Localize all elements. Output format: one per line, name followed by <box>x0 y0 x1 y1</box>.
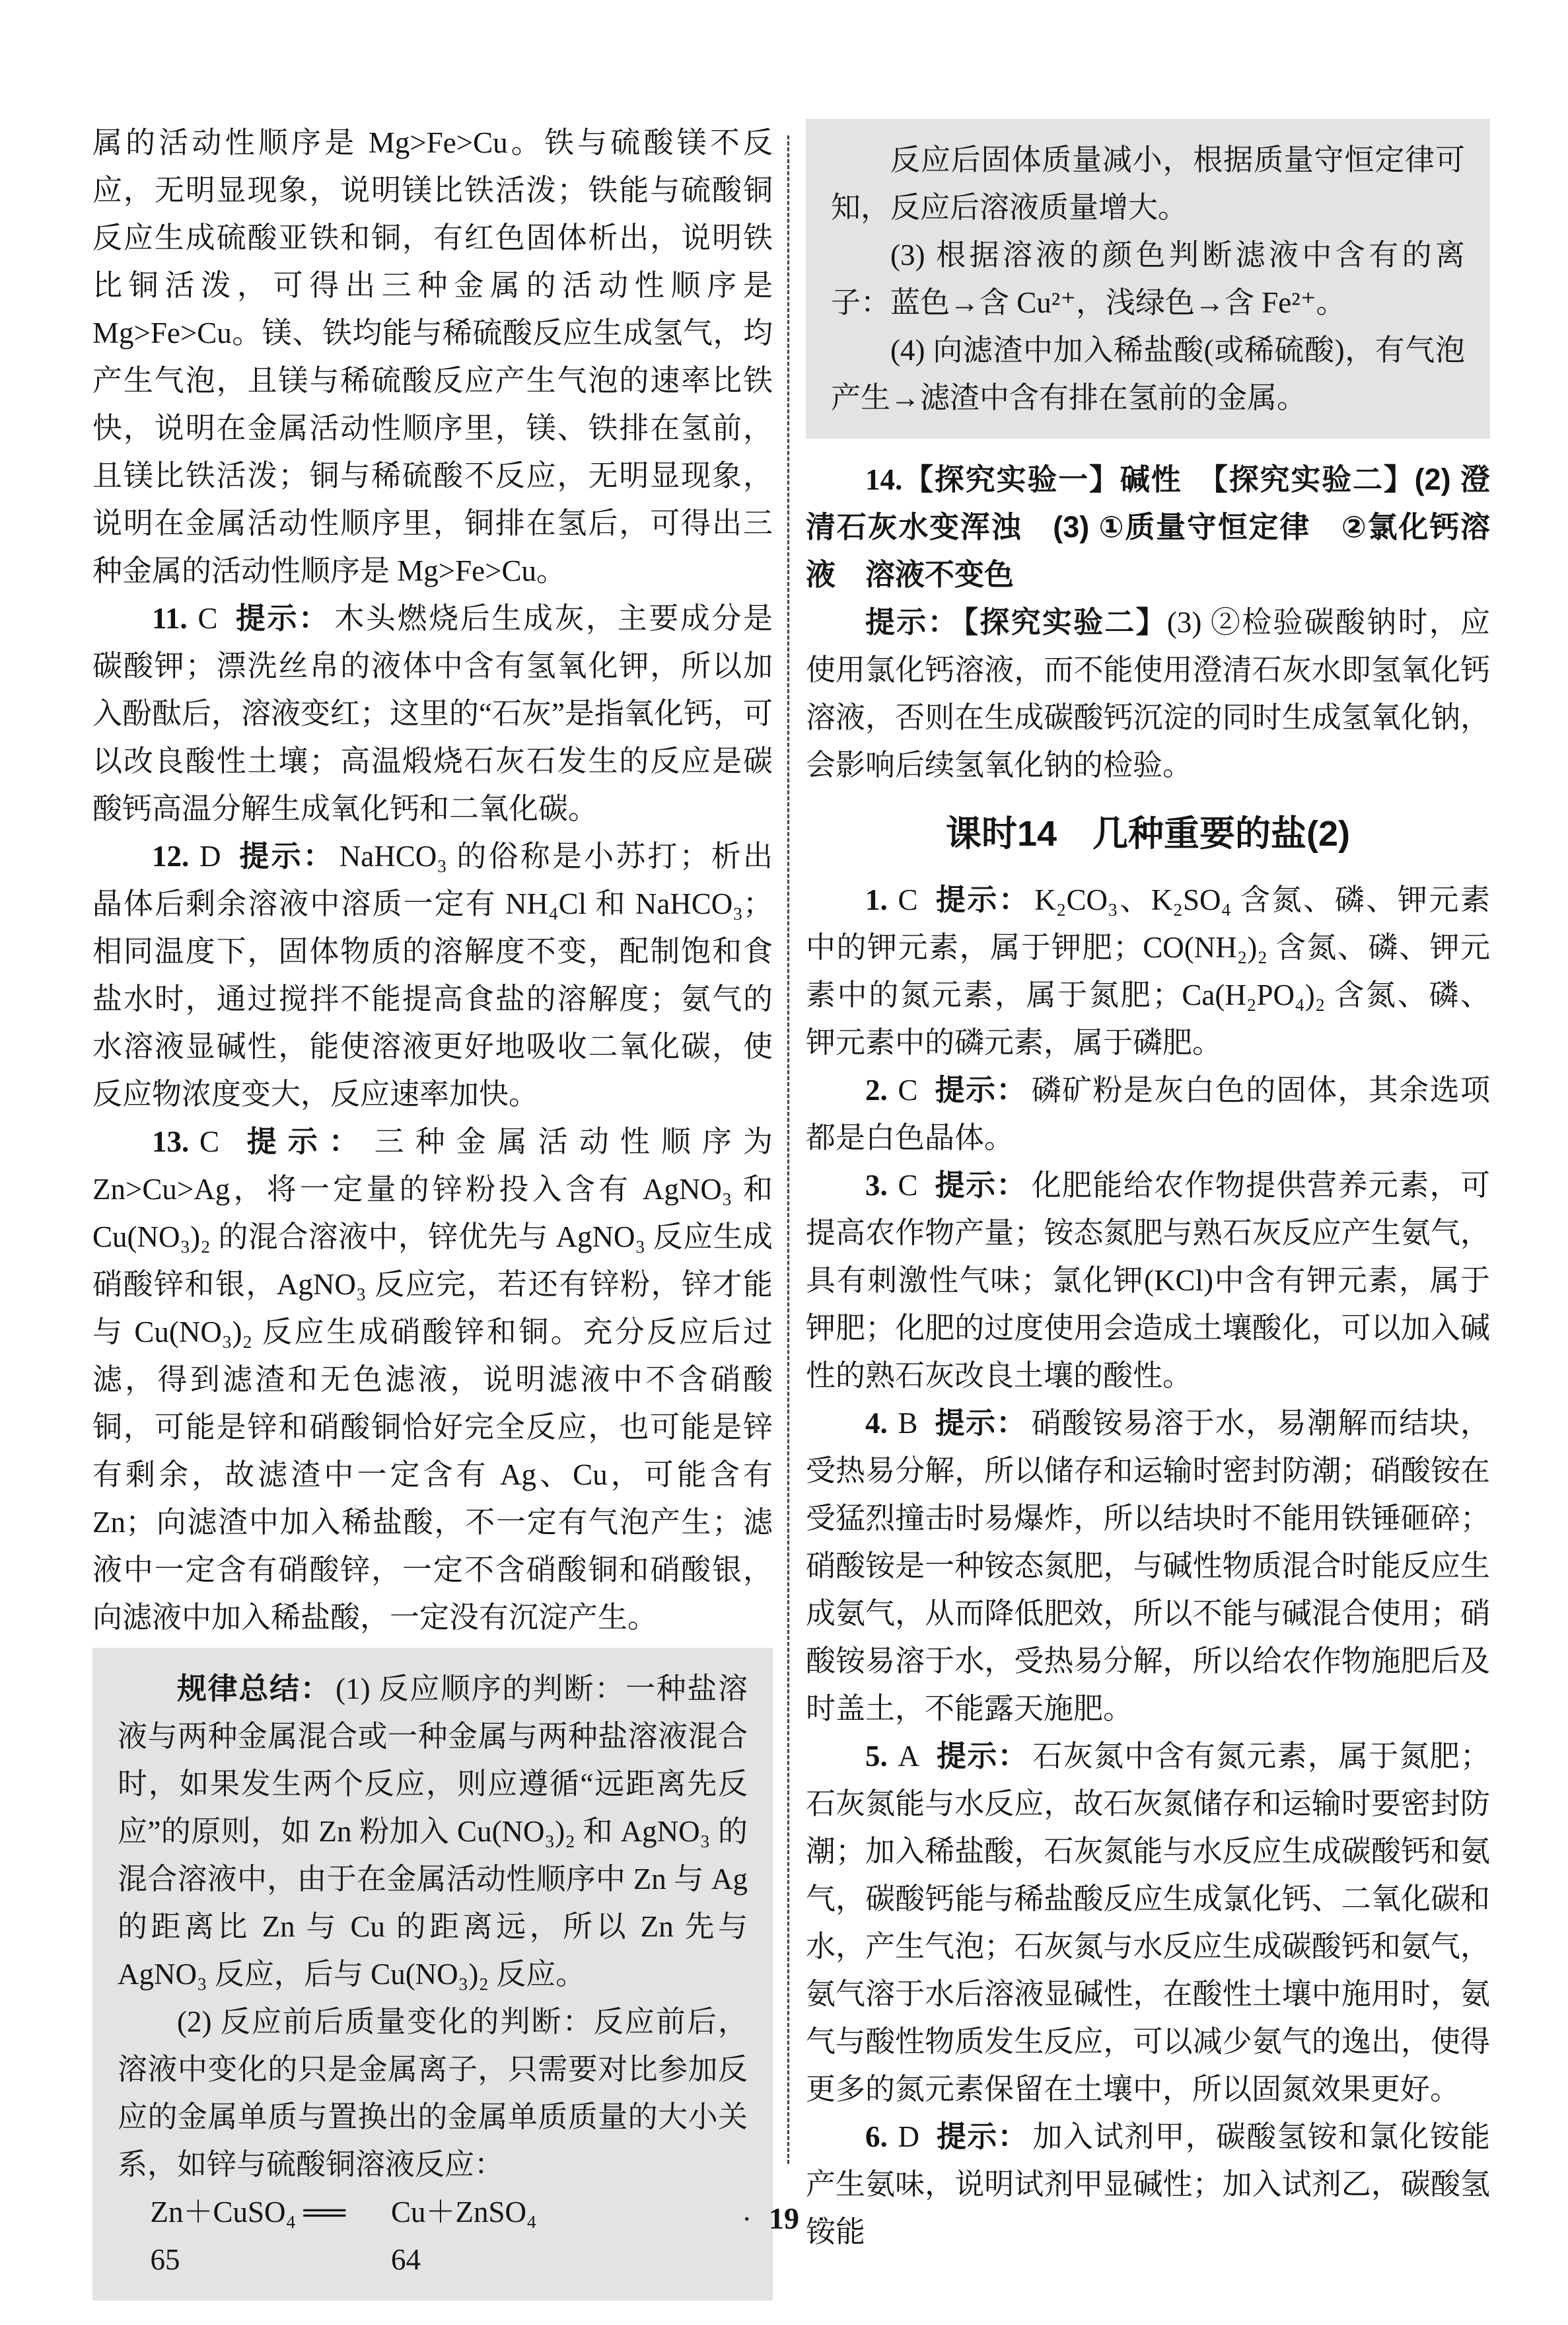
answer-14-paragraph: 14.【探究实验一】碱性 【探究实验二】(2) 澄清石灰水变浑浊 (3) ①质量… <box>806 456 1490 599</box>
lesson-heading: 课时14 几种重要的盐(2) <box>806 806 1490 862</box>
scanned-answer-page: 属的活动性顺序是 Mg>Fe>Cu。铁与硫酸镁不反应，无明显现象，说明镁比铁活泼… <box>0 0 1568 2325</box>
answer-1-paragraph: 1.C提示：K₂CO₃、K₂SO₄ 含氮、磷、钾元素中的钾元素，属于钾肥；CO(… <box>806 876 1490 1066</box>
column-divider <box>787 135 789 2164</box>
right-column: 反应后固体质量减小，根据质量守恒定律可知，反应后溶液质量增大。 (3) 根据溶液… <box>806 119 1490 2256</box>
answer-3-paragraph: 3.C提示：化肥能给农作物提供营养元素，可提高农作物产量；铵态氮肥与熟石灰反应产… <box>806 1162 1490 1399</box>
footer-left-dot: · <box>742 2203 752 2235</box>
paragraph-continuation: 属的活动性顺序是 Mg>Fe>Cu。铁与硫酸镁不反应，无明显现象，说明镁比铁活泼… <box>92 119 773 595</box>
summary-point-3: (3) 根据溶液的颜色判断滤液中含有的离子：蓝色→含 Cu²⁺，浅绿色→含 Fe… <box>831 231 1465 326</box>
answer-12-paragraph: 12.D提示：NaHCO₃ 的俗称是小苏打；析出晶体后剩余溶液中溶质一定有 NH… <box>92 832 773 1118</box>
left-column: 属的活动性顺序是 Mg>Fe>Cu。铁与硫酸镁不反应，无明显现象，说明镁比铁活泼… <box>92 119 773 2301</box>
page-number: 19 <box>769 2201 799 2235</box>
summary-continued-text: 反应后固体质量减小，根据质量守恒定律可知，反应后溶液质量增大。 <box>831 136 1465 231</box>
summary-box-continued: 反应后固体质量减小，根据质量守恒定律可知，反应后溶液质量增大。 (3) 根据溶液… <box>806 119 1490 439</box>
answer-2-paragraph: 2.C提示：磷矿粉是灰白色的固体，其余选项都是白色晶体。 <box>806 1066 1490 1162</box>
answer-5-paragraph: 5.A提示：石灰氮中含有氮元素，属于氮肥；石灰氮能与水反应，故石灰氮储存和运输时… <box>806 1732 1490 2113</box>
answer-4-paragraph: 4.B提示：硝酸铵易溶于水，易潮解而结块，受热易分解，所以储存和运输时密封防潮；… <box>806 1399 1490 1732</box>
answer-14-hint-paragraph: 提示：【探究实验二】(3) ②检验碳酸钠时，应使用氯化钙溶液，而不能使用澄清石灰… <box>806 599 1490 789</box>
summary-point-1: 规律总结：(1) 反应顺序的判断：一种盐溶液与两种金属混合或一种金属与两种盐溶液… <box>118 1665 748 1998</box>
footer-right-dot: · <box>816 2203 826 2235</box>
summary-point-4: (4) 向滤渣中加入稀盐酸(或稀硫酸)，有气泡产生→滤渣中含有排在氢前的金属。 <box>831 326 1465 422</box>
summary-point-2: (2) 反应前后质量变化的判断：反应前后，溶液中变化的只是金属离子，只需要对比参… <box>118 1998 748 2188</box>
page-footer: ·19· <box>0 2195 1568 2243</box>
answer-13-paragraph: 13.C提示：三种金属活动性顺序为 Zn>Cu>Ag，将一定量的锌粉投入含有 A… <box>92 1118 773 1641</box>
answer-11-paragraph: 11.C提示：木头燃烧后生成灰，主要成分是碳酸钾；漂洗丝帛的液体中含有氢氧化钾，… <box>92 595 773 832</box>
